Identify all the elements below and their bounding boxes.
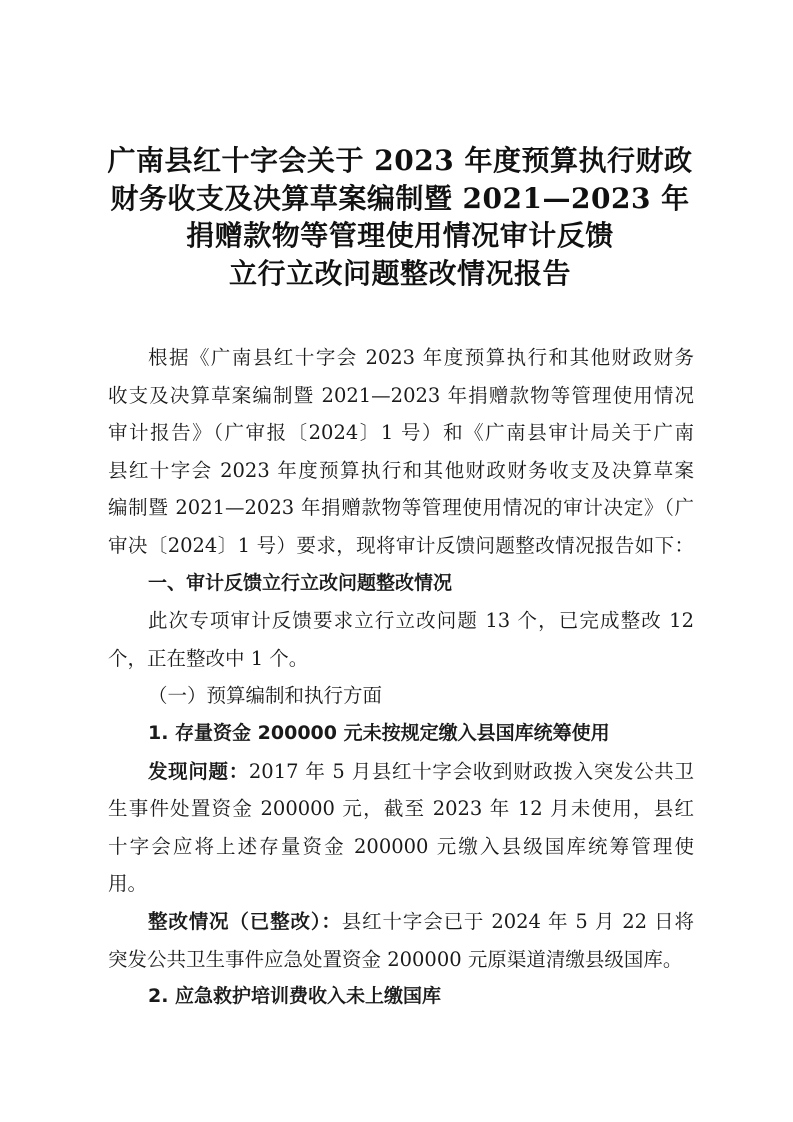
document-body: 根据《广南县红十字会 2023 年度预算执行和其他财政财务 收支及决算草案编制暨… — [108, 339, 694, 1016]
subsection-1-heading: （一）预算编制和执行方面 — [108, 677, 694, 715]
intro-line-6: 审决〔2024〕1 号）要求，现将审计反馈问题整改情况报告如下： — [108, 527, 694, 565]
item-1-title: 1. 存量资金 200000 元未按规定缴入县国库统筹使用 — [108, 715, 694, 753]
section-1-heading: 一、审计反馈立行立改问题整改情况 — [108, 565, 694, 603]
rectification-label: 整改情况（已整改）： — [148, 910, 342, 933]
item-1-finding-line-3: 十字会应将上述存量资金 200000 元缴入县级国库统筹管理使 — [108, 828, 694, 866]
item-2-title: 2. 应急救护培训费收入未上缴国库 — [108, 978, 694, 1016]
document-page: 广南县红十字会关于 2023 年度预算执行财政 财务收支及决算草案编制暨 202… — [0, 0, 793, 1122]
item-1-rectification-line-2: 突发公共卫生事件应急处置资金 200000 元原渠道清缴县级国库。 — [108, 941, 694, 979]
intro-line-2: 收支及决算草案编制暨 2021—2023 年捐赠款物等管理使用情况 — [108, 377, 694, 415]
item-1-finding-line-4: 用。 — [108, 865, 694, 903]
intro-line-4: 县红十字会 2023 年度预算执行和其他财政财务收支及决算草案 — [108, 452, 694, 490]
summary-line-2: 个，正在整改中 1 个。 — [108, 640, 694, 678]
finding-text: 2017 年 5 月县红十字会收到财政拨入突发公共卫 — [249, 760, 694, 783]
finding-label: 发现问题： — [148, 760, 249, 783]
intro-line-1: 根据《广南县红十字会 2023 年度预算执行和其他财政财务 — [108, 339, 694, 377]
rectification-text: 县红十字会已于 2024 年 5 月 22 日将 — [342, 910, 694, 933]
intro-line-5: 编制暨 2021—2023 年捐赠款物等管理使用情况的审计决定》（广 — [108, 489, 694, 527]
title-line-3: 捐赠款物等管理使用情况审计反馈 — [100, 217, 700, 255]
item-1-finding-line-1: 发现问题：2017 年 5 月县红十字会收到财政拨入突发公共卫 — [108, 753, 694, 791]
title-line-4: 立行立改问题整改情况报告 — [100, 255, 700, 293]
intro-line-3: 审计报告》（广审报〔2024〕1 号）和《广南县审计局关于广南 — [108, 414, 694, 452]
title-line-2: 财务收支及决算草案编制暨 2021—2023 年 — [100, 180, 700, 218]
title-line-1: 广南县红十字会关于 2023 年度预算执行财政 — [100, 142, 700, 180]
document-title: 广南县红十字会关于 2023 年度预算执行财政 财务收支及决算草案编制暨 202… — [100, 142, 700, 292]
summary-line-1: 此次专项审计反馈要求立行立改问题 13 个，已完成整改 12 — [108, 602, 694, 640]
item-1-finding-line-2: 生事件处置资金 200000 元，截至 2023 年 12 月未使用，县红 — [108, 790, 694, 828]
item-1-rectification-line-1: 整改情况（已整改）：县红十字会已于 2024 年 5 月 22 日将 — [108, 903, 694, 941]
